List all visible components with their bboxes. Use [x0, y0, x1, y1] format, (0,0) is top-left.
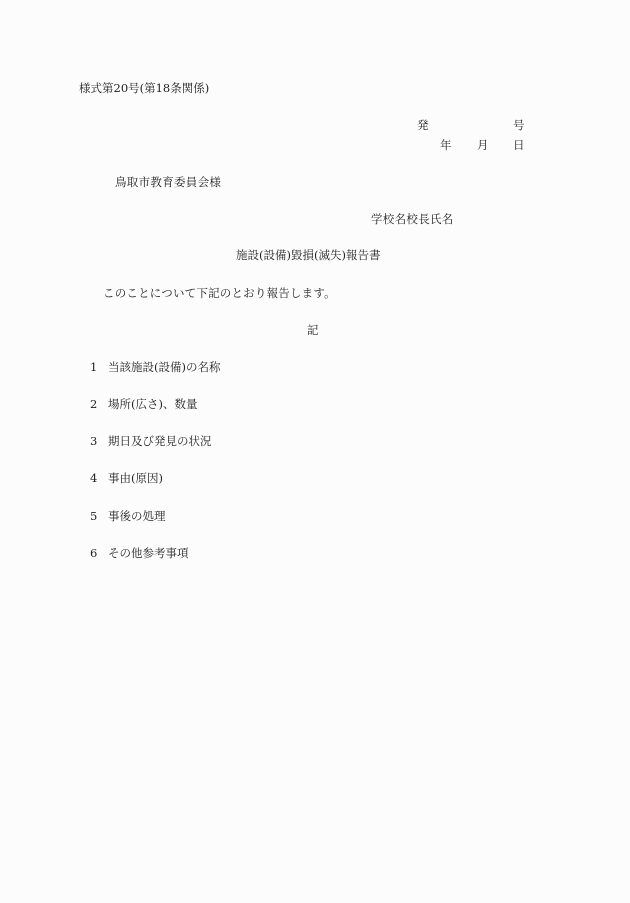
list-item: 6その他参考事項 [90, 546, 189, 560]
list-item: 2場所(広さ)、数量 [90, 397, 197, 411]
item-number: 6 [90, 546, 108, 560]
item-label: その他参考事項 [108, 546, 189, 560]
date-month: 月 [477, 138, 489, 152]
addressee: 鳥取市教育委員会様 [115, 175, 221, 189]
list-item: 5事後の処理 [90, 509, 166, 523]
list-item: 1当該施設(設備)の名称 [90, 360, 220, 374]
issue-number-prefix: 発 [417, 118, 429, 132]
item-label: 当該施設(設備)の名称 [108, 360, 220, 374]
document-title: 施設(設備)毀損(滅失)報告書 [236, 248, 380, 262]
item-label: 期日及び発見の状況 [108, 434, 212, 448]
sender-name: 学校名校長氏名 [371, 212, 454, 226]
ki-heading: 記 [307, 323, 319, 337]
item-number: 3 [90, 434, 108, 448]
form-number: 様式第20号(第18条関係) [79, 81, 209, 95]
item-number: 5 [90, 509, 108, 523]
item-label: 場所(広さ)、数量 [108, 397, 197, 411]
intro-text: このことについて下記のとおり報告します。 [103, 286, 336, 300]
list-item: 3期日及び発見の状況 [90, 434, 212, 448]
issue-number-suffix: 号 [513, 118, 525, 132]
item-number: 4 [90, 471, 108, 485]
item-number: 2 [90, 397, 108, 411]
date-day: 日 [513, 138, 525, 152]
list-item: 4事由(原因) [90, 471, 163, 485]
item-number: 1 [90, 360, 108, 374]
item-label: 事由(原因) [108, 471, 163, 485]
item-label: 事後の処理 [108, 509, 166, 523]
date-year: 年 [440, 138, 452, 152]
